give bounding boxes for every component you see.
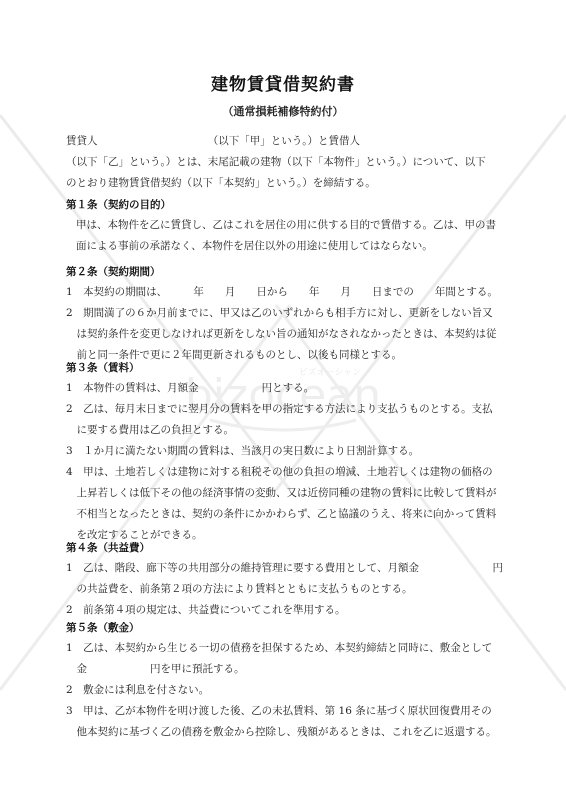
article-line: に要する費用は乙の負担とする。: [66, 420, 506, 441]
article-line: 2 期間満了の６か月前までに、甲又は乙のいずれからも相手方に対し、更新をしない旨…: [66, 303, 506, 324]
article-line: 3 甲は、乙が本物件を明け渡した後、乙の未払賃料、第 16 条に基づく原状回復費…: [66, 701, 506, 722]
article-line: 他本契約に基づく乙の債務を敷金から控除し、残額があるときは、これを乙に返還する。: [66, 722, 506, 743]
article-line: 甲は、本物件を乙に賃貸し、乙はこれを居住の用に供する目的で賃借する。乙は、甲の書: [66, 215, 506, 236]
article-line: 1 乙は、本契約から生じる一切の債務を担保するため、本契約締結と同時に、敷金とし…: [66, 638, 506, 659]
article-heading: 第４条（共益費）: [66, 538, 506, 558]
article-heading: 第１条（契約の目的）: [66, 195, 506, 215]
document-title: 建物賃貸借契約書: [0, 70, 566, 95]
article-line: 1 乙は、階段、廊下等の共用部分の維持管理に要する費用として、月額金 円: [66, 558, 506, 579]
article-line: 面による事前の承諾なく、本物件を居住以外の用途に使用してはならない。: [66, 236, 506, 257]
preamble-line: 賃貸人 （以下「甲」という。）と賃借人: [66, 131, 506, 152]
article-2: 第２条（契約期間） 1 本契約の期間は、 年 月 日から 年 月 日までの 年間…: [66, 262, 506, 366]
article-3: 第３条（賃料） 1 本物件の賃料は、月額金 円とする。 2 乙は、毎月末日までに…: [66, 358, 506, 546]
article-line: 3 １か月に満たない期間の賃料は、当該月の実日数により日割計算する。: [66, 441, 506, 462]
article-1: 第１条（契約の目的） 甲は、本物件を乙に賃貸し、乙はこれを居住の用に供する目的で…: [66, 195, 506, 257]
article-line: 不相当となったときは、契約の条件にかかわらず、乙と協議のうえ、将来に向かって賃料: [66, 504, 506, 525]
document-subtitle: （通常損耗補修特約付）: [0, 103, 566, 119]
article-line: は契約条件を変更しなければ更新をしない旨の通知がなされなかったときは、本契約は従: [66, 324, 506, 345]
article-4: 第４条（共益費） 1 乙は、階段、廊下等の共用部分の維持管理に要する費用として、…: [66, 538, 506, 621]
article-heading: 第５条（敷金）: [66, 618, 506, 638]
article-heading: 第３条（賃料）: [66, 358, 506, 378]
article-line: 1 本契約の期間は、 年 月 日から 年 月 日までの 年間とする。: [66, 282, 506, 303]
preamble: 賃貸人 （以下「甲」という。）と賃借人 （以下「乙」という。）とは、末尾記載の建…: [66, 131, 506, 194]
preamble-line: のとおり建物賃貸借契約（以下「本契約」という。）を締結する。: [66, 173, 506, 194]
article-line: 1 本物件の賃料は、月額金 円とする。: [66, 378, 506, 399]
article-line: 金 円を甲に預託する。: [66, 659, 506, 680]
article-line: 2 敷金には利息を付さない。: [66, 680, 506, 701]
preamble-line: （以下「乙」という。）とは、末尾記載の建物（以下「本物件」という。）について、以…: [66, 152, 506, 173]
article-line: 上昇若しくは低下その他の経済事情の変動、又は近傍同種の建物の賃料に比較して賃料が: [66, 483, 506, 504]
article-line: 4 甲は、土地若しくは建物に対する租税その他の負担の増減、土地若しくは建物の価格…: [66, 462, 506, 483]
article-line: の共益費を、前条第２項の方法により賃料とともに支払うものとする。: [66, 579, 506, 600]
article-5: 第５条（敷金） 1 乙は、本契約から生じる一切の債務を担保するため、本契約締結と…: [66, 618, 506, 743]
article-line: 2 乙は、毎月末日までに翌月分の賃料を甲の指定する方法により支払うものとする。支…: [66, 399, 506, 420]
article-heading: 第２条（契約期間）: [66, 262, 506, 282]
